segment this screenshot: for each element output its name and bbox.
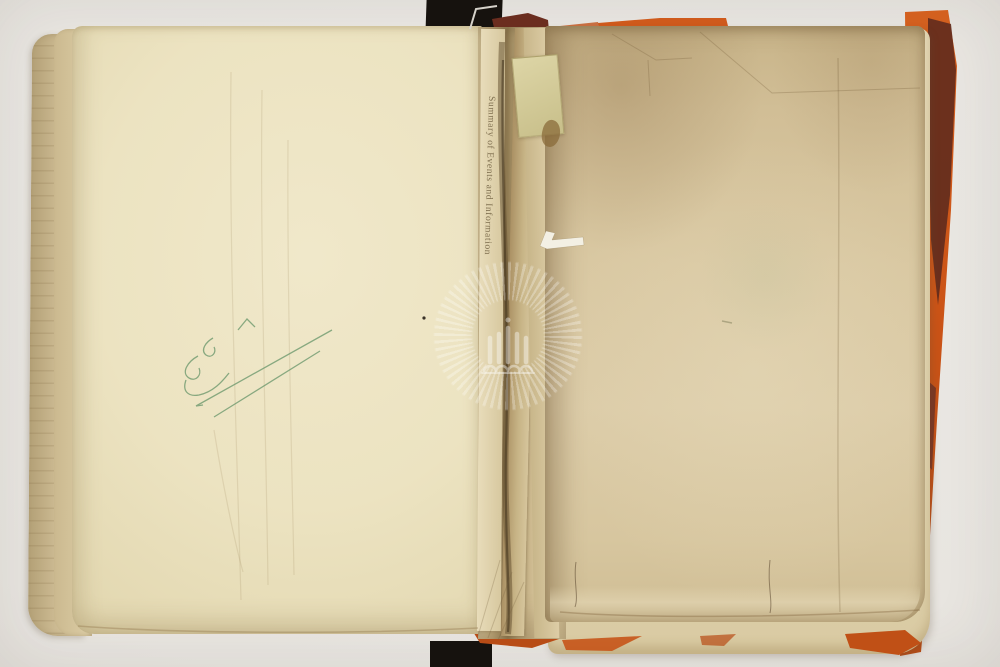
right-page — [545, 26, 925, 622]
left-page — [72, 26, 482, 634]
photo-backdrop: Summary of Events and Information — [0, 0, 1000, 667]
right-page-bottom-leaf-edge — [550, 586, 920, 622]
